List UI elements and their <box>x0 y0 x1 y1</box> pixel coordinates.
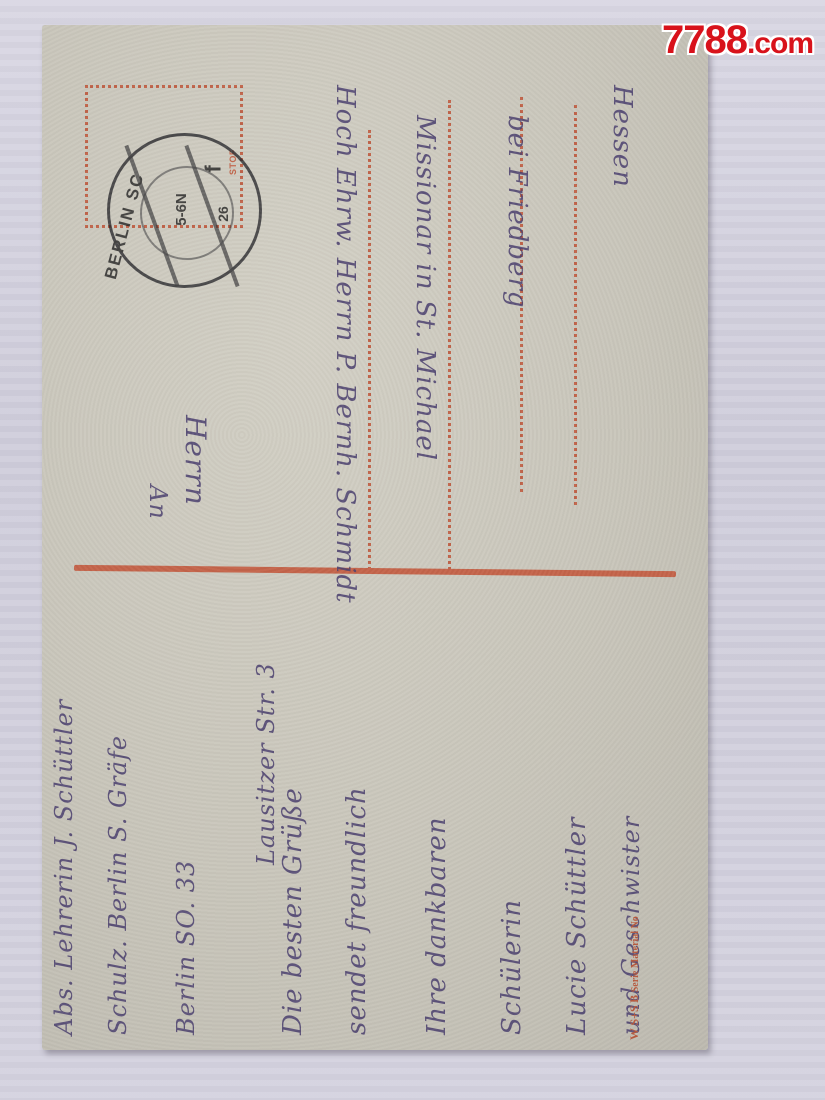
message-line-text: Schülerin <box>497 899 527 1035</box>
sender-line-text: Abs. Lehrerin J. Schüttler <box>50 699 78 1035</box>
sender-line-text: Berlin SO. 33 <box>172 860 200 1035</box>
message-line-text: Die besten Grüße <box>278 787 308 1035</box>
publisher-series: Serie Material No <box>630 916 641 992</box>
message-line-text: Ihre dankbaren <box>422 817 452 1035</box>
address-line-text: Hessen <box>607 85 637 188</box>
address-line-text: bei Friedberg <box>502 115 532 309</box>
address-line <box>368 130 371 570</box>
site-watermark: 7788.com <box>662 18 813 63</box>
address-line <box>448 100 451 570</box>
publisher-logo-bottom: B <box>627 995 641 1003</box>
watermark-suffix: .com <box>747 27 813 60</box>
publisher-logo-top: W <box>627 1028 641 1040</box>
sender-line-text: Schulz. Berlin S. Gräfe <box>104 735 132 1035</box>
address-line-text: Herrn <box>179 415 212 506</box>
postmark: BERLIN SC 5-6N 26 f <box>107 133 262 288</box>
postmark-letter: f <box>201 165 227 172</box>
address-line <box>574 105 577 505</box>
postcard: STOF BERLIN SC 5-6N 26 f Herrn Hoch Ehrw… <box>42 25 708 1050</box>
postmark-date: 5-6N <box>173 193 190 226</box>
address-line-text: Hoch Ehrw. Herrn P. Bernh. Schmidt <box>330 85 360 604</box>
publisher-logo-mid: S+S <box>627 1005 641 1025</box>
card-divider <box>74 565 676 577</box>
watermark-main: 7788 <box>662 18 747 62</box>
postmark-number: 26 <box>215 206 231 222</box>
greeting-text: An <box>144 485 172 520</box>
message-line-text: Lucie Schüttler <box>562 817 592 1035</box>
sender-line-text: Lausitzer Str. 3 <box>252 662 280 865</box>
message-line-text: sendet freundlich <box>342 786 372 1035</box>
publisher-mark: W S+S B Serie Material No <box>627 916 642 1040</box>
address-line-text: Missionar in St. Michael <box>410 115 440 461</box>
